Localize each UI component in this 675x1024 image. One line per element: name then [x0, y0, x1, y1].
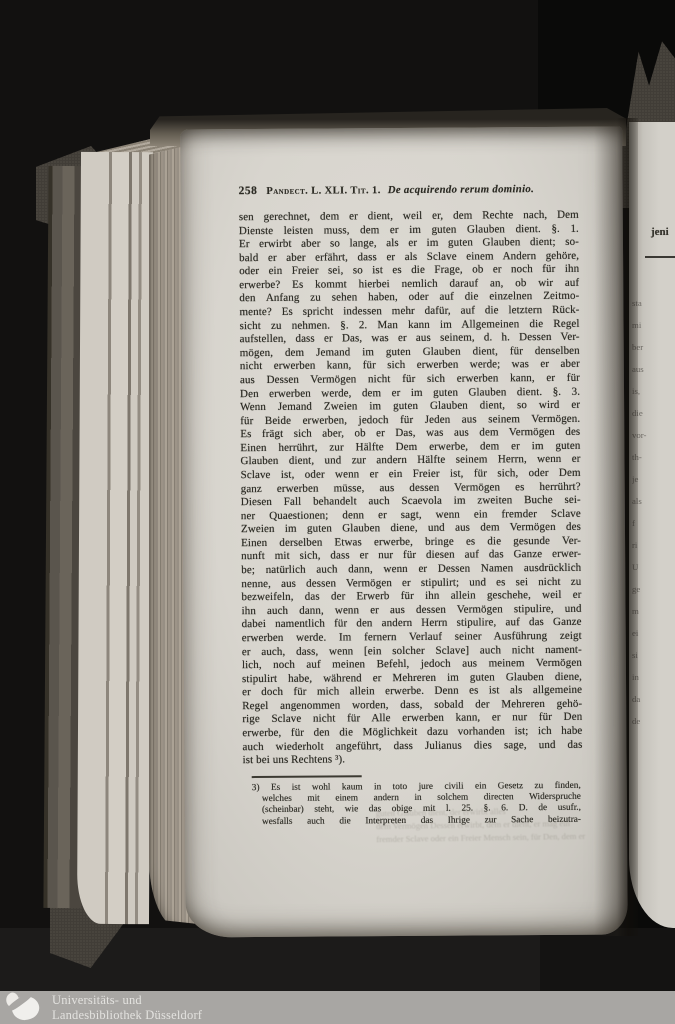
- edge-fragment-15: m: [632, 606, 674, 628]
- library-logo-icon: [6, 993, 44, 1023]
- library-name-line2: Landesbibliothek Düsseldorf: [52, 1008, 202, 1023]
- edge-fragment-11: f: [632, 518, 674, 540]
- edge-fragment-1: sta: [632, 298, 674, 320]
- running-header: 258 Pandect. L. XLI. Tit. 1. De acquiren…: [239, 183, 579, 201]
- running-title-latin: De acquirendo rerum dominio.: [388, 183, 534, 196]
- body-line-41: ist bei uns Rechtens ³).: [243, 752, 583, 768]
- edge-fragment-6: die: [632, 408, 674, 430]
- facing-page-rule: [645, 256, 675, 258]
- edge-fragment-7: vor-: [632, 430, 674, 452]
- page-number: 258: [239, 185, 258, 197]
- edge-fragment-8: th-: [632, 452, 674, 474]
- edge-fragment-5: is,: [632, 386, 674, 408]
- edge-fragment-2: mi: [632, 320, 674, 342]
- flyleaf-page-edges: [77, 152, 153, 924]
- edge-fragment-20: de: [632, 716, 674, 738]
- running-title: Pandect. L. XLI. Tit. 1.: [266, 185, 380, 197]
- edge-fragment-9: je: [632, 474, 674, 496]
- edge-fragment-4: aus: [632, 364, 674, 386]
- scanned-book-photo: 258 Pandect. L. XLI. Tit. 1. De acquiren…: [0, 0, 675, 1024]
- facing-page-header-fragment: jeni: [651, 226, 669, 238]
- library-name-line1: Universitäts- und: [52, 993, 202, 1008]
- facing-page-sliver: jeni stamiberausis,dievor-th-jealsfriUge…: [629, 122, 675, 928]
- ghost-line-3: fremder Sclave oder ein Freier Mensch se…: [376, 830, 591, 846]
- facing-page-edge-fragments: stamiberausis,dievor-th-jealsfriUgemeisi…: [632, 298, 674, 738]
- footnote-separator: [252, 775, 362, 778]
- library-footer-bar: Universitäts- und Landesbibliothek Düsse…: [0, 991, 675, 1024]
- library-name: Universitäts- und Landesbibliothek Düsse…: [52, 993, 202, 1022]
- edge-fragment-12: ri: [632, 540, 674, 562]
- edge-fragment-14: ge: [632, 584, 674, 606]
- book-page: 258 Pandect. L. XLI. Tit. 1. De acquiren…: [180, 126, 628, 937]
- edge-fragment-18: in: [632, 672, 674, 694]
- edge-fragment-10: als: [632, 496, 674, 518]
- edge-fragment-3: ber: [632, 342, 674, 364]
- edge-fragment-19: da: [632, 694, 674, 716]
- edge-fragment-13: U: [632, 562, 674, 584]
- edge-fragment-17: si: [632, 650, 674, 672]
- bleed-through-ghost-text: guten Glauben dient, der erwirbt allesde…: [376, 804, 592, 846]
- page-content: 258 Pandect. L. XLI. Tit. 1. De acquiren…: [239, 183, 583, 829]
- body-line-40: auch wiederholt angeführt, dass Julianus…: [242, 738, 582, 754]
- edge-fragment-16: ei: [632, 628, 674, 650]
- body-text: sen gerechnet, dem er dient, weil er, de…: [239, 209, 583, 768]
